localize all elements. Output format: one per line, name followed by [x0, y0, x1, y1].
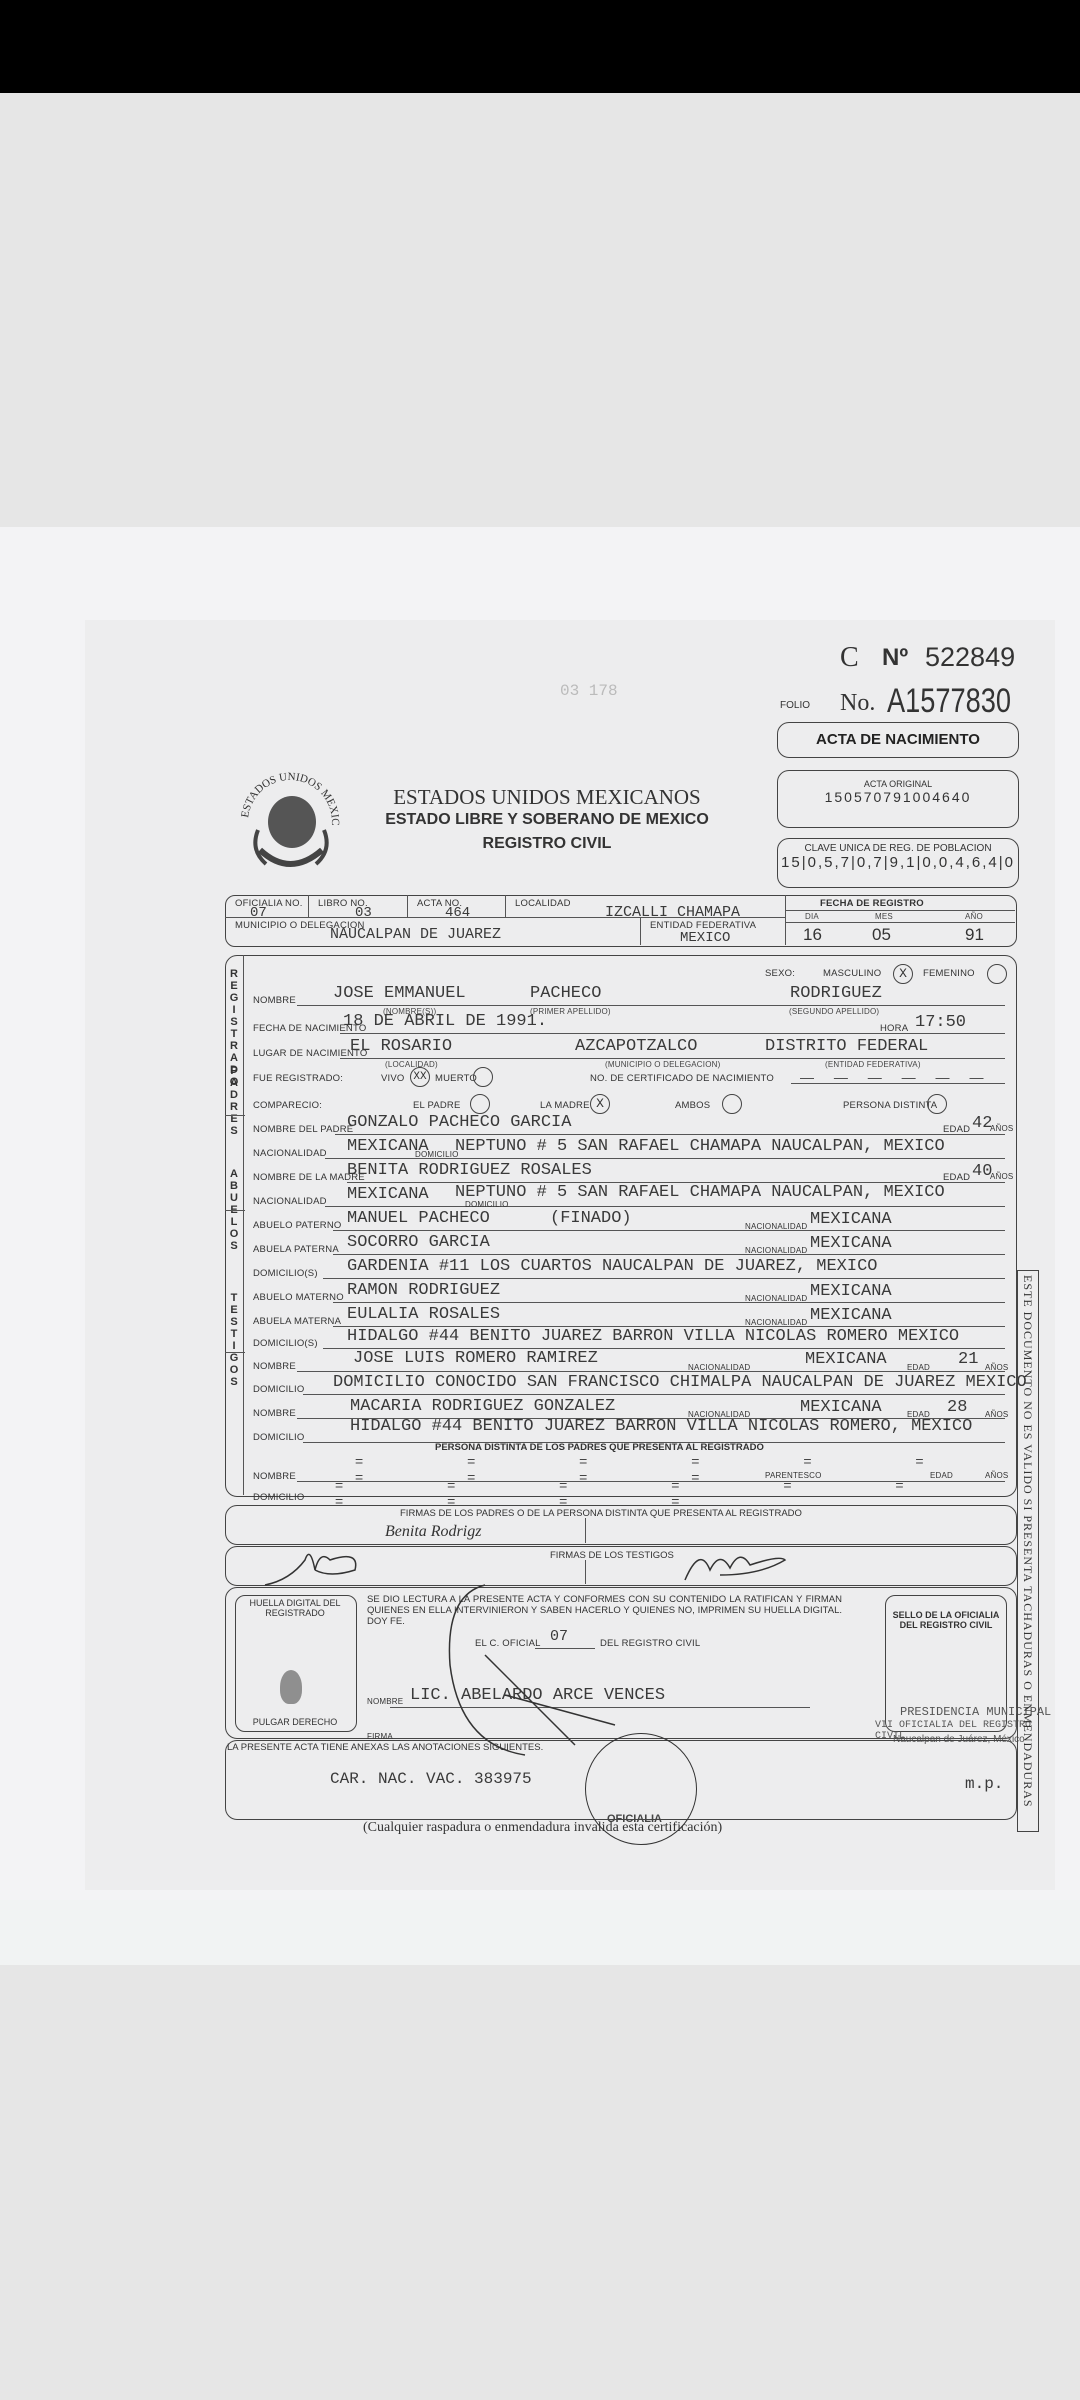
- persona-distinta-domicilio-label: DOMICILIO: [253, 1492, 304, 1503]
- sexo-label: SEXO:: [765, 968, 795, 979]
- masculino-label: MASCULINO: [823, 968, 881, 979]
- madre-edad-label: EDAD: [943, 1172, 970, 1183]
- testigo1-domicilio-label: DOMICILIO: [253, 1384, 304, 1395]
- padre-anios-label: AÑOS: [990, 1124, 1013, 1133]
- segundo-apellido-value: RODRIGUEZ: [790, 984, 882, 1003]
- domicilio-maternos-value: HIDALGO #44 BENITO JUAREZ BARRON VILLA N…: [347, 1327, 959, 1346]
- segundo-apellido-caption: (SEGUNDO APELLIDO): [789, 1007, 879, 1016]
- fue-registrado-label: FUE REGISTRADO:: [253, 1073, 343, 1084]
- abuela-materna-value: EULALIA ROSALES: [347, 1305, 500, 1324]
- padre-domicilio-label: DOMICILIO: [415, 1150, 459, 1159]
- domicilio-paternos-label: DOMICILIO(S): [253, 1268, 318, 1279]
- testigo1-edad-label: EDAD: [907, 1363, 930, 1372]
- masculino-checkbox[interactable]: X: [893, 964, 913, 984]
- localidad-value: IZCALLI CHAMAPA: [605, 904, 740, 921]
- testigo1-edad-value: 21: [958, 1350, 978, 1369]
- title-registry: REGISTRO CIVIL: [367, 835, 727, 853]
- libro-value: 03: [355, 905, 372, 921]
- anio-value: 91: [965, 925, 984, 945]
- abuelo-materno-label: ABUELO MATERNO: [253, 1292, 344, 1303]
- abuelo-paterno-label: ABUELO PATERNO: [253, 1220, 342, 1231]
- testigo1-nombre-label: NOMBRE: [253, 1361, 296, 1372]
- femenino-checkbox[interactable]: [987, 964, 1007, 984]
- anotaciones-iniciales: m.p.: [965, 1775, 1003, 1793]
- anotaciones-label: LA PRESENTE ACTA TIENE ANEXAS LAS ANOTAC…: [227, 1742, 543, 1753]
- lugar-localidad-value: EL ROSARIO: [350, 1037, 452, 1056]
- testigo2-domicilio-value: HIDALGO #44 BENITO JUAREZ BARRON VILLA N…: [350, 1417, 972, 1436]
- entidad-caption: (ENTIDAD FEDERATIVA): [825, 1060, 921, 1069]
- abuela-paterna-nac-label: NACIONALIDAD: [745, 1246, 807, 1255]
- persona-distinta-nombre-label: NOMBRE: [253, 1471, 296, 1482]
- fecha-registro-label: FECHA DE REGISTRO: [820, 898, 924, 909]
- testigo2-anios-label: AÑOS: [985, 1410, 1008, 1419]
- mes-label: MES: [875, 912, 893, 921]
- madre-anios-label: AÑOS: [990, 1172, 1013, 1181]
- femenino-label: FEMENINO: [923, 968, 975, 979]
- localidad-caption: (LOCALIDAD): [385, 1060, 438, 1069]
- abuela-paterna-nac-value: MEXICANA: [810, 1234, 892, 1253]
- municipio-caption: (MUNICIPIO O DELEGACION): [605, 1060, 720, 1069]
- folio-no-label: No.: [840, 690, 875, 717]
- testigo2-nombre-value: MACARIA RODRIGUEZ GONZALEZ: [350, 1397, 615, 1416]
- abuela-paterna-label: ABUELA PATERNA: [253, 1244, 339, 1255]
- testigo2-nombre-label: NOMBRE: [253, 1408, 296, 1419]
- abuelo-paterno-note: (FINADO): [550, 1209, 632, 1228]
- certificado-label: No. DE CERTIFICADO DE NACIMIENTO: [590, 1073, 774, 1084]
- muerto-label: MUERTO: [435, 1073, 477, 1084]
- acta-original: 150570791004640: [778, 789, 1018, 805]
- anotaciones-texto: CAR. NAC. VAC. 383975: [330, 1770, 532, 1788]
- abuelo-materno-nac-label: NACIONALIDAD: [745, 1294, 807, 1303]
- dia-value: 16: [803, 925, 822, 945]
- title-country: ESTADOS UNIDOS MEXICANOS: [377, 785, 717, 810]
- vivo-checkbox[interactable]: XX: [410, 1067, 430, 1087]
- oficialia-value: 07: [250, 905, 267, 921]
- abuela-materna-label: ABUELA MATERNA: [253, 1316, 341, 1327]
- ambos-checkbox[interactable]: [722, 1094, 742, 1114]
- municipio-value: NAUCALPAN DE JUAREZ: [330, 926, 501, 943]
- faint-stamp: 03 178: [560, 682, 618, 700]
- nombre-value: JOSE EMMANUEL: [333, 984, 466, 1003]
- clave-box: CLAVE UNICA DE REG. DE POBLACION 15|0,5,…: [777, 838, 1019, 888]
- padre-nacionalidad-label: NACIONALIDAD: [253, 1148, 327, 1159]
- side-label-padres: PADRES: [228, 1065, 240, 1137]
- huella-label: HUELLA DIGITAL DEL REGISTRADO: [240, 1598, 350, 1618]
- abuela-materna-nac-value: MEXICANA: [810, 1306, 892, 1325]
- clave-value: 15|0,5,7|0,7|9,1|0,0,4,6,4|0: [778, 854, 1018, 871]
- anio-label: AÑO: [965, 912, 983, 921]
- acta-original-box: ACTA ORIGINAL 150570791004640: [777, 770, 1019, 828]
- entidad-value: MEXICO: [680, 930, 730, 946]
- side-notice-box: ESTE DOCUMENTO NO ES VALIDO SI PRESENTA …: [1017, 1270, 1039, 1832]
- doc-type-box: ACTA DE NACIMIENTO: [777, 722, 1019, 758]
- abuelo-paterno-nac-value: MEXICANA: [810, 1210, 892, 1229]
- persona-distinta-label: PERSONA DISTINTA: [843, 1100, 937, 1111]
- abuela-materna-nac-label: NACIONALIDAD: [745, 1318, 807, 1327]
- abuelo-paterno-nac-label: NACIONALIDAD: [745, 1222, 807, 1231]
- domicilio-paternos-value: GARDENIA #11 LOS CUARTOS NAUCALPAN DE JU…: [347, 1257, 878, 1276]
- persona-distinta-checkbox[interactable]: [927, 1094, 947, 1114]
- testigo1-nac-value: MEXICANA: [805, 1350, 887, 1369]
- lugar-entidad-value: DISTRITO FEDERAL: [765, 1037, 928, 1056]
- primer-apellido-value: PACHECO: [530, 984, 601, 1003]
- madre-nacionalidad-value: MEXICANA: [347, 1185, 429, 1204]
- testigo2-edad-value: 28: [947, 1398, 967, 1417]
- side-label-testigos: TESTIGOS: [228, 1292, 240, 1388]
- folio-label: FOLIO: [780, 700, 810, 711]
- abuela-paterna-value: SOCORRO GARCIA: [347, 1233, 490, 1252]
- padres-firma-label: FIRMAS DE LOS PADRES O DE LA PERSONA DIS…: [400, 1508, 802, 1519]
- dia-label: DIA: [805, 912, 819, 921]
- birth-certificate: C Nº 522849 03 178 FOLIO No. A1577830 AC…: [85, 620, 1055, 1890]
- testigo1-anios-label: AÑOS: [985, 1363, 1008, 1372]
- mes-value: 05: [872, 925, 891, 945]
- serie: C: [840, 642, 859, 674]
- doc-type: ACTA DE NACIMIENTO: [778, 723, 1018, 757]
- testigos-firma-label: FIRMAS DE LOS TESTIGOS: [550, 1550, 674, 1561]
- comparecio-label: COMPARECIO:: [253, 1100, 322, 1111]
- side-notice: ESTE DOCUMENTO NO ES VALIDO SI PRESENTA …: [1020, 1275, 1035, 1808]
- abuelo-materno-value: RAMON RODRIGUEZ: [347, 1281, 500, 1300]
- hora-label: HORA: [880, 1023, 908, 1034]
- testigo2-nac-value: MEXICANA: [800, 1398, 882, 1417]
- certificado-value: — — — — — —: [800, 1069, 991, 1085]
- testigo1-nombre-value: JOSE LUIS ROMERO RAMIREZ: [353, 1349, 598, 1368]
- witness1-signature-icon: [260, 1540, 370, 1590]
- clave-label: CLAVE UNICA DE REG. DE POBLACION: [778, 843, 1018, 854]
- title-state: ESTADO LIBRE Y SOBERANO DE MEXICO: [367, 811, 727, 829]
- folio-number: A1577830: [887, 682, 1011, 721]
- testigo1-nac-label: NACIONALIDAD: [688, 1363, 750, 1372]
- fecha-nacimiento-value: 18 DE ABRIL DE 1991.: [343, 1012, 547, 1031]
- witness2-signature-icon: [680, 1540, 790, 1590]
- muerto-checkbox[interactable]: [473, 1067, 493, 1087]
- madre-value: BENITA RODRIGUEZ ROSALES: [347, 1161, 592, 1180]
- paper-bottom-edge: [0, 1900, 1080, 1965]
- abuelo-materno-nac-value: MEXICANA: [810, 1282, 892, 1301]
- status-bar: [0, 0, 1080, 93]
- abuelo-paterno-value: MANUEL PACHECO: [347, 1209, 490, 1228]
- localidad-label: LOCALIDAD: [515, 898, 571, 909]
- vivo-label: VIVO: [381, 1073, 405, 1084]
- sello-label: SELLO DE LA OFICIALIA DEL REGISTRO CIVIL: [886, 1610, 1006, 1630]
- nombre-label: NOMBRE: [253, 995, 296, 1006]
- numero-label: Nº: [882, 644, 908, 672]
- oficialia-label: OFICIALIA No.: [235, 898, 303, 909]
- acta-original-label: ACTA ORIGINAL: [778, 779, 1018, 789]
- testigo2-domicilio-label: DOMICILIO: [253, 1432, 304, 1443]
- oficial-nombre-label: NOMBRE: [367, 1697, 403, 1706]
- pulgar-label: PULGAR DERECHO: [240, 1717, 350, 1727]
- padre-edad-label: EDAD: [943, 1124, 970, 1135]
- la-madre-checkbox[interactable]: X: [590, 1094, 610, 1114]
- mexico-coat-of-arms-icon: ESTADOS UNIDOS MEXICANOS: [230, 760, 350, 880]
- acta-value: 464: [445, 905, 470, 921]
- thumbprint-icon: [280, 1670, 302, 1704]
- hora-value: 17:50: [915, 1013, 966, 1032]
- ambos-label: AMBOS: [675, 1100, 710, 1111]
- el-padre-checkbox[interactable]: [470, 1094, 490, 1114]
- la-madre-label: LA MADRE: [540, 1100, 590, 1111]
- madre-nacionalidad-label: NACIONALIDAD: [253, 1196, 327, 1207]
- footer-notice: (Cualquier raspadura o enmendadura inval…: [363, 1820, 722, 1836]
- domicilio-maternos-label: DOMICILIO(S): [253, 1338, 318, 1349]
- madre-domicilio-value: NEPTUNO # 5 SAN RAFAEL CHAMAPA NAUCALPAN…: [455, 1183, 945, 1202]
- certificate-number: 522849: [925, 642, 1015, 673]
- padre-value: GONZALO PACHECO GARCIA: [347, 1113, 571, 1132]
- lugar-municipio-value: AZCAPOTZALCO: [575, 1037, 697, 1056]
- testigo1-domicilio-value: DOMICILIO CONOCIDO SAN FRANCISCO CHIMALP…: [333, 1373, 1027, 1392]
- el-padre-label: EL PADRE: [413, 1100, 461, 1111]
- padres-signature: Benita Rodrigz: [385, 1523, 481, 1541]
- persona-distinta-heading: PERSONA DISTINTA DE LOS PADRES QUE PRESE…: [435, 1442, 764, 1453]
- padre-domicilio-value: NEPTUNO # 5 SAN RAFAEL CHAMAPA NAUCALPAN…: [455, 1137, 945, 1156]
